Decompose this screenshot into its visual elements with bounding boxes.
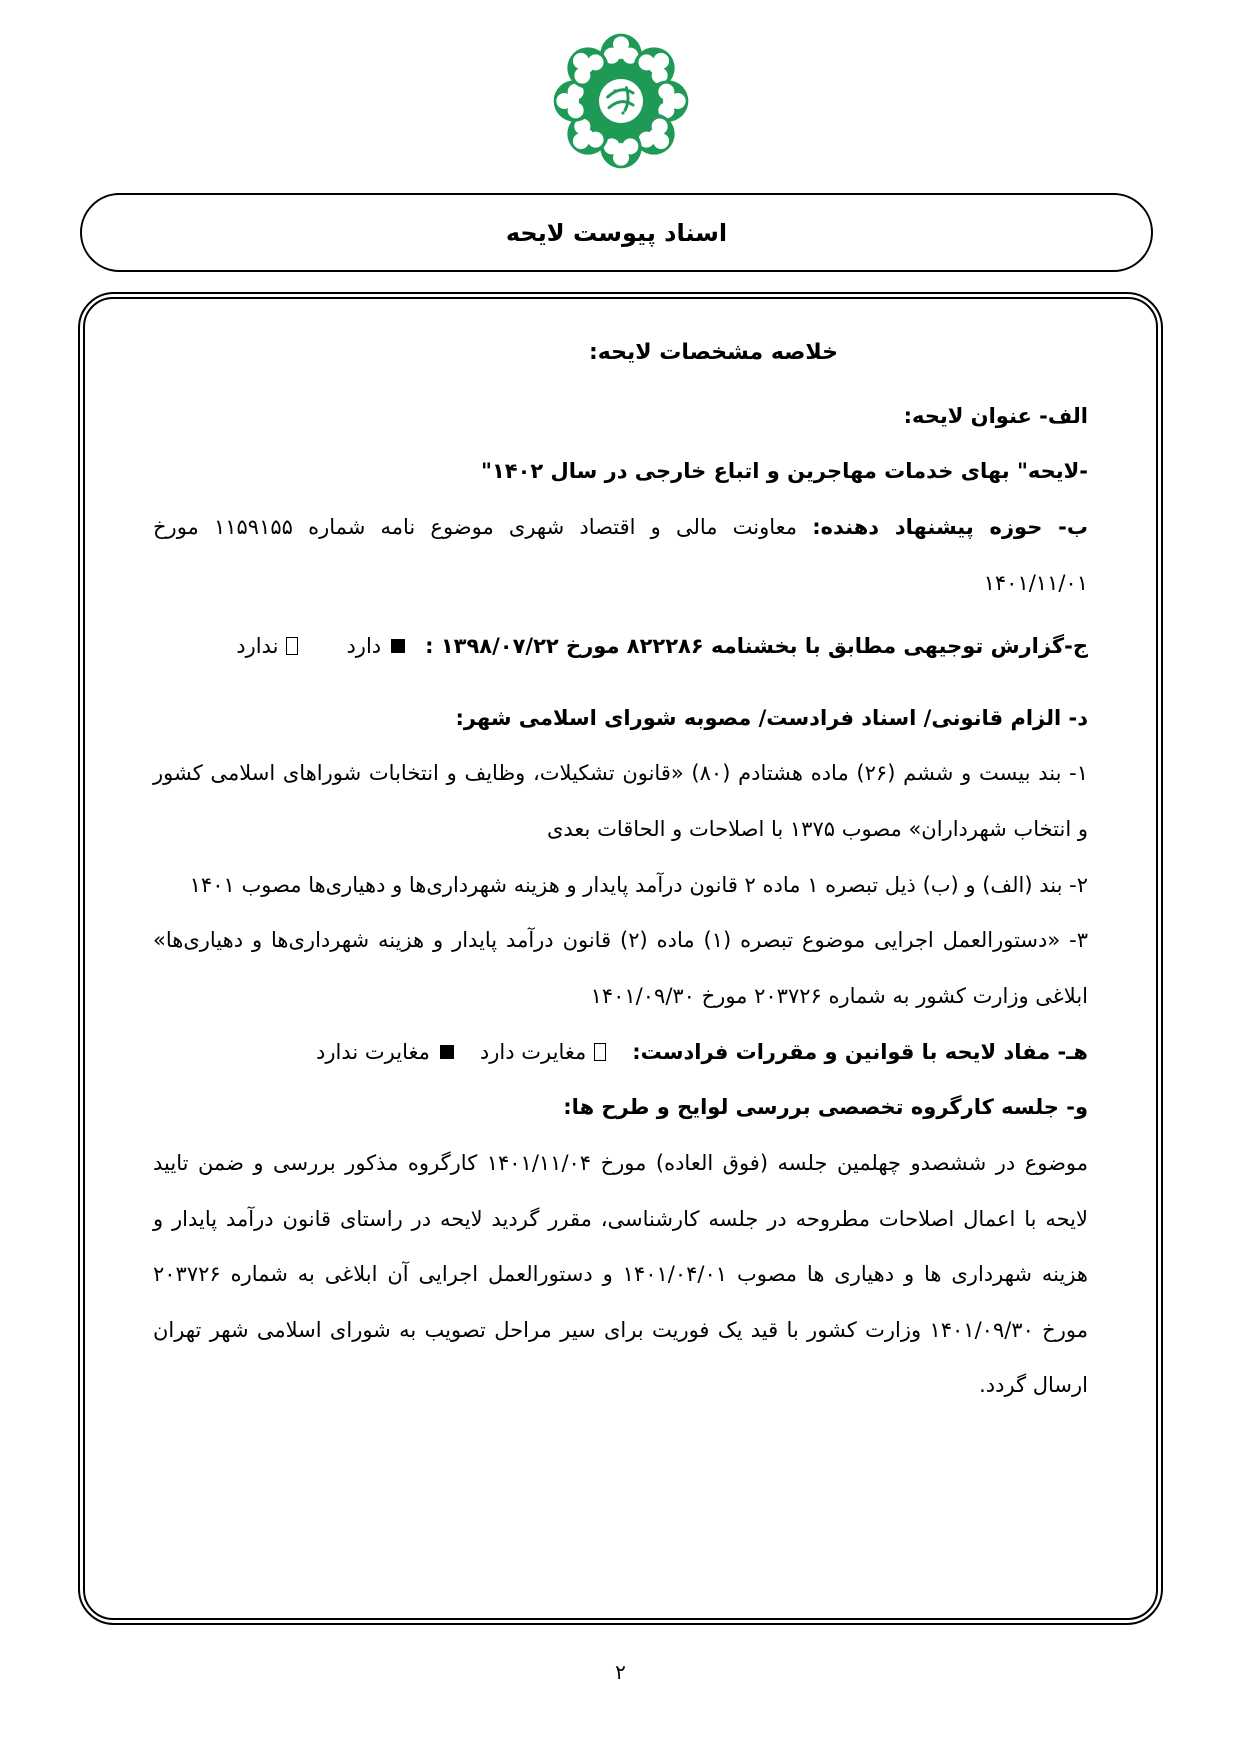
- checkbox-checked-icon: [440, 1045, 454, 1059]
- tehran-municipality-logo-icon: [541, 20, 701, 182]
- section-e-label: هـ- مفاد لایحه با قوانین و مقررات فرادست…: [632, 1040, 1088, 1064]
- checkbox-unchecked-icon: [286, 637, 298, 655]
- section-d-label: د- الزام قانونی/ اسناد فرادست/ مصوبه شور…: [153, 691, 1088, 747]
- legal-item-2: ۲- بند (الف) و (ب) ذیل تبصره ۱ ماده ۲ قا…: [153, 858, 1088, 914]
- summary-box: خلاصه مشخصات لایحه: الف- عنوان لایحه: -ل…: [78, 292, 1163, 1625]
- checkbox-unchecked-icon: [594, 1043, 606, 1061]
- section-c-option-has-not: ندارد: [236, 634, 278, 658]
- page-number: ۲: [0, 1660, 1241, 1684]
- section-c: ج-گزارش توجیهی مطابق با بخشنامه ۸۲۲۲۸۶ م…: [153, 619, 1088, 675]
- section-b-label: ب- حوزه پیشنهاد دهنده:: [812, 515, 1088, 539]
- section-c-option-has: دارد: [346, 634, 381, 658]
- summary-box-inner: خلاصه مشخصات لایحه: الف- عنوان لایحه: -ل…: [83, 297, 1158, 1620]
- header-band-title: اسناد پیوست لایحه: [506, 219, 727, 247]
- checkbox-checked-icon: [391, 639, 405, 653]
- legal-item-3: ۳- «دستورالعمل اجرایی موضوع تبصره (۱) ما…: [153, 913, 1088, 1024]
- tehran-municipality-logo: [541, 20, 701, 182]
- section-c-label: ج-گزارش توجیهی مطابق با بخشنامه ۸۲۲۲۸۶ م…: [425, 634, 1088, 658]
- section-b: ب- حوزه پیشنهاد دهنده: معاونت مالی و اقت…: [153, 500, 1088, 611]
- section-e-option-no-conflict: مغایرت ندارد: [316, 1040, 430, 1064]
- section-f-label: و- جلسه کارگروه تخصصی بررسی لوایح و طرح …: [153, 1080, 1088, 1136]
- section-e: هـ- مفاد لایحه با قوانین و مقررات فرادست…: [153, 1025, 1088, 1081]
- section-e-option-conflict: مغایرت دارد: [480, 1040, 586, 1064]
- summary-title: خلاصه مشخصات لایحه:: [153, 333, 838, 373]
- section-f-paragraph: موضوع در ششصدو چهلمین جلسه (فوق العاده) …: [153, 1136, 1088, 1414]
- header-band: اسناد پیوست لایحه: [80, 193, 1153, 272]
- legal-item-1: ۱- بند بیست و ششم (۲۶) ماده هشتادم (۸۰) …: [153, 746, 1088, 857]
- section-a-text: -لایحه" بهای خدمات مهاجرین و اتباع خارجی…: [153, 444, 1088, 500]
- section-a-label: الف- عنوان لایحه:: [153, 389, 1088, 445]
